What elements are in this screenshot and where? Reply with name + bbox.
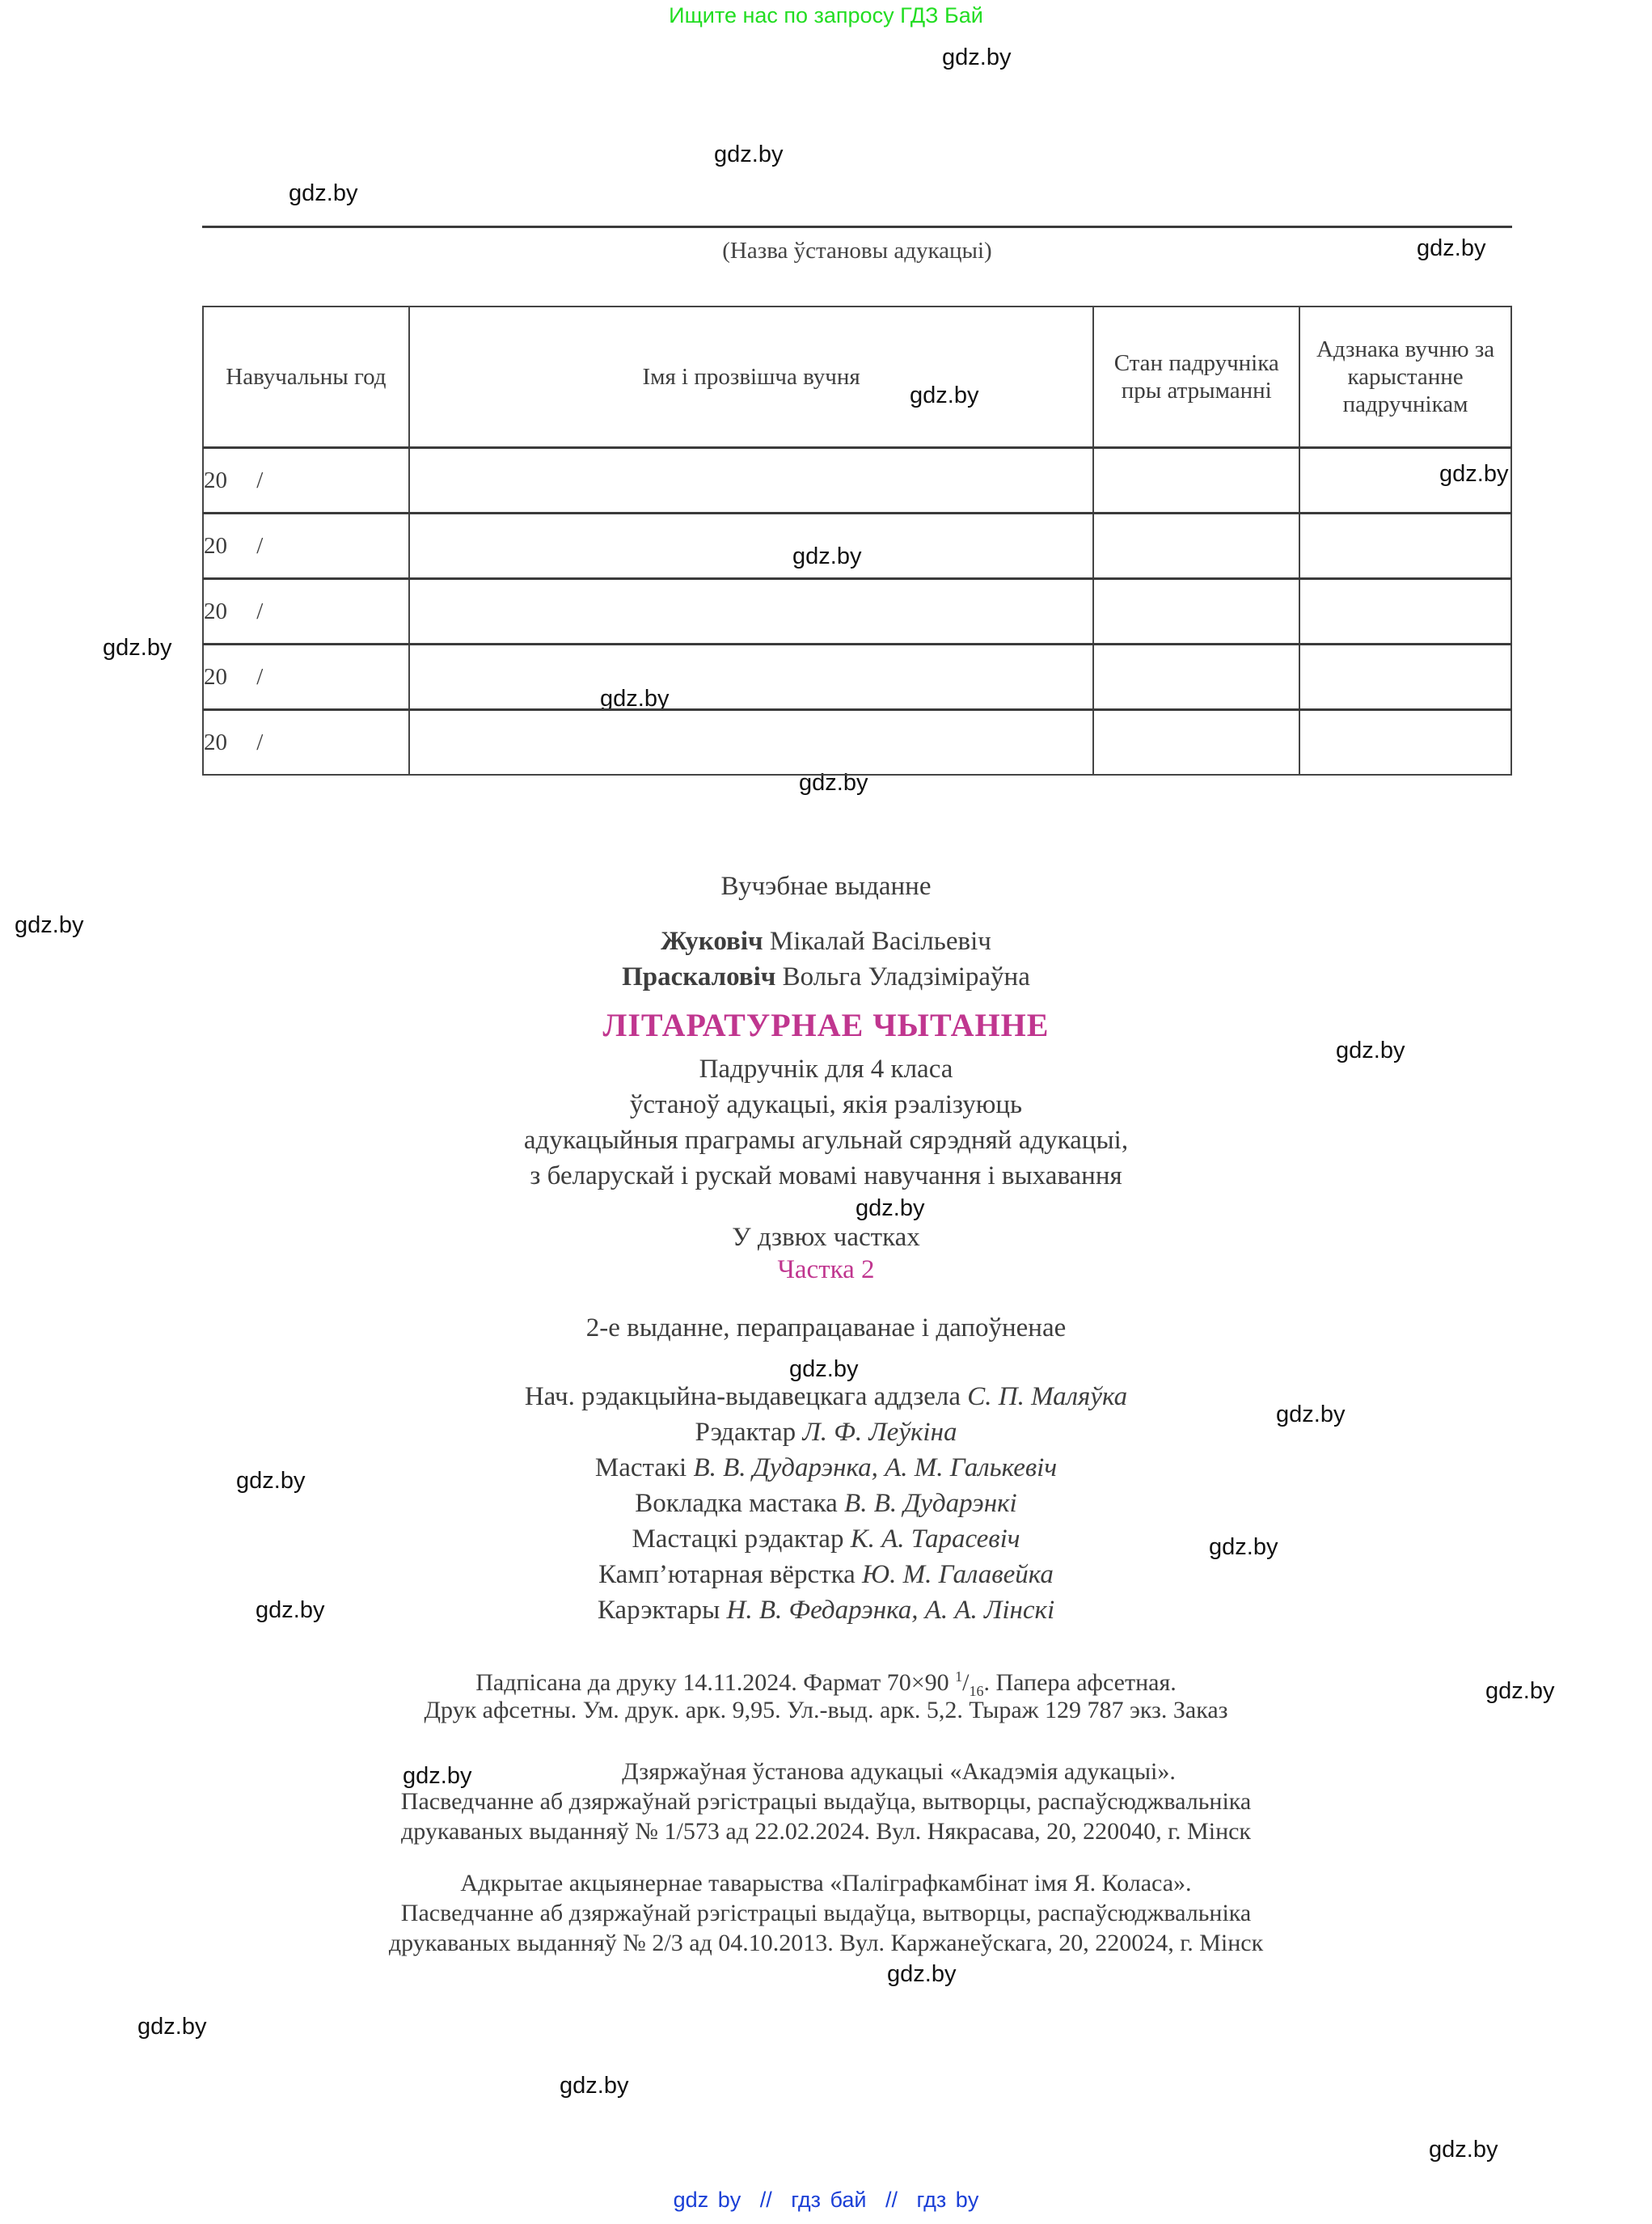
publisher-line: друкаваных выданняў № 1/573 ад 22.02.202… [0,1816,1652,1846]
table-row: 20 / [203,645,1511,710]
credit-role: Камп’ютарная вёрстка [598,1560,856,1589]
grade-cell [1299,579,1511,645]
condition-cell [1093,514,1299,579]
subtitle-line: адукацыйныя праграмы агульнай сярэдняй а… [0,1123,1652,1158]
author-given-name: Вольга Уладзіміраўна [783,962,1030,991]
credit-line: Карэктары Н. В. Федарэнка, А. А. Лінскі [0,1592,1652,1628]
print-info-text: Падпісана да друку 14.11.2024. Фармат 70… [475,1669,949,1696]
credit-line: Вокладка мастака В. В. Дударэнкі [0,1486,1652,1521]
condition-cell [1093,448,1299,514]
header-student-name: Імя і прозвішча вучня [409,307,1093,448]
year-cell: 20 / [203,448,409,514]
publisher-line: Пасведчанне аб дзяржаўнай рэгістрацыі вы… [0,1786,1652,1816]
table-row: 20 / [203,710,1511,776]
header-usage-grade: Адзнака вучню за карыстанне падручнікам [1299,307,1511,448]
credit-role: Рэдактар [695,1418,796,1447]
subtitle-line: Падручнік для 4 класа [0,1051,1652,1087]
search-banner: Ищите нас по запросу ГДЗ Бай [0,3,1652,28]
table-row: 20 / [203,514,1511,579]
footer-link-gdz-bai[interactable]: гдз бай [791,2188,866,2212]
watermark: gdz.by [289,180,357,207]
footer-separator: // [885,2188,898,2212]
publisher-line: Дзяржаўная ўстанова адукацыі «Акадэмія а… [0,1757,1652,1786]
year-cell: 20 / [203,579,409,645]
credit-line: Камп’ютарная вёрстка Ю. М. Галавейка [0,1557,1652,1592]
credit-role: Мастацкі рэдактар [632,1524,843,1554]
grade-cell [1299,710,1511,776]
credit-role: Мастакі [595,1453,687,1482]
watermark: gdz.by [714,142,783,168]
credit-line: Мастацкі рэдактар К. А. Тарасевіч [0,1521,1652,1557]
author-surname: Праскаловіч [622,962,775,991]
watermark: gdz.by [942,44,1011,71]
footer-links: gdz by // гдз бай // гдз by [0,2188,1652,2213]
footer-link-gdz-by-cyr[interactable]: гдз by [917,2188,979,2212]
format-fraction-numerator: 1 [955,1668,962,1685]
header-condition-received: Стан падручніка пры атрыманні [1093,307,1299,448]
watermark: gdz.by [856,1195,924,1222]
printer-line: Пасведчанне аб дзяржаўнай рэгістрацыі вы… [0,1898,1652,1928]
table-row: 20 / [203,448,1511,514]
credit-line: Рэдактар Л. Ф. Леўкіна [0,1414,1652,1450]
author-line: Жуковіч Мікалай Васільевіч [0,924,1652,959]
credit-name: В. В. Дударэнкі [844,1489,1017,1518]
grade-cell [1299,514,1511,579]
institution-caption: (Назва ўстановы адукацыі) [202,238,1512,264]
watermark: gdz.by [103,635,171,662]
book-title: ЛІТАРАТУРНАЕ ЧЫТАННЕ [0,1006,1652,1044]
year-cell: 20 / [203,514,409,579]
author-surname: Жуковіч [661,927,763,956]
grade-cell [1299,645,1511,710]
name-cell [409,645,1093,710]
parts-note: У дзвюх частках [0,1220,1652,1255]
condition-cell [1093,579,1299,645]
credit-name: Ю. М. Галавейка [862,1560,1054,1589]
author-given-name: Мікалай Васільевіч [770,927,991,956]
name-cell [409,514,1093,579]
institution-name-line [202,226,1512,228]
credit-line: Нач. рэдакцыйна-выдавецкага аддзела С. П… [0,1379,1652,1414]
author-line: Праскаловіч Вольга Уладзіміраўна [0,959,1652,995]
watermark: gdz.by [137,2014,206,2040]
edition-type: Вучэбнае выданне [0,869,1652,904]
credit-role: Карэктары [598,1596,720,1625]
subtitle-line: ўстаноў адукацыі, якія рэалізуюць [0,1087,1652,1123]
textbook-register-table: Навучальны год Імя і прозвішча вучня Ста… [202,306,1512,776]
table-row: 20 / [203,579,1511,645]
condition-cell [1093,645,1299,710]
credit-role: Нач. рэдакцыйна-выдавецкага аддзела [525,1382,961,1411]
table-header-row: Навучальны год Імя і прозвішча вучня Ста… [203,307,1511,448]
header-school-year: Навучальны год [203,307,409,448]
name-cell [409,448,1093,514]
name-cell [409,579,1093,645]
edition-note: 2-е выданне, перапрацаванае і дапоўненае [0,1310,1652,1346]
watermark: gdz.by [1429,2137,1498,2163]
credit-name: В. В. Дударэнка, А. М. Галькевіч [693,1453,1057,1482]
footer-link-gdz-by[interactable]: gdz by [674,2188,741,2212]
credit-line: Мастакі В. В. Дударэнка, А. М. Галькевіч [0,1450,1652,1486]
condition-cell [1093,710,1299,776]
watermark: gdz.by [560,2073,628,2099]
credit-role: Вокладка мастака [635,1489,837,1518]
credit-name: Н. В. Федарэнка, А. А. Лінскі [727,1596,1055,1625]
print-info-line: Друк афсетны. Ум. друк. арк. 9,95. Ул.-в… [0,1695,1652,1725]
printer-line: Адкрытае акцыянернае таварыства «Палігра… [0,1868,1652,1898]
printer-line: друкаваных выданняў № 2/3 ад 04.10.2013.… [0,1928,1652,1958]
grade-cell [1299,448,1511,514]
part-number: Частка 2 [0,1255,1652,1285]
print-info-text: . Папера афсетная. [983,1669,1176,1696]
credit-name: С. П. Маляўка [967,1382,1127,1411]
watermark: gdz.by [887,1961,956,1988]
footer-separator: // [760,2188,772,2212]
subtitle-line: з беларускай і рускай мовамі навучання і… [0,1158,1652,1194]
credit-name: Л. Ф. Леўкіна [802,1418,957,1447]
name-cell [409,710,1093,776]
credit-name: К. А. Тарасевіч [851,1524,1020,1554]
year-cell: 20 / [203,645,409,710]
year-cell: 20 / [203,710,409,776]
